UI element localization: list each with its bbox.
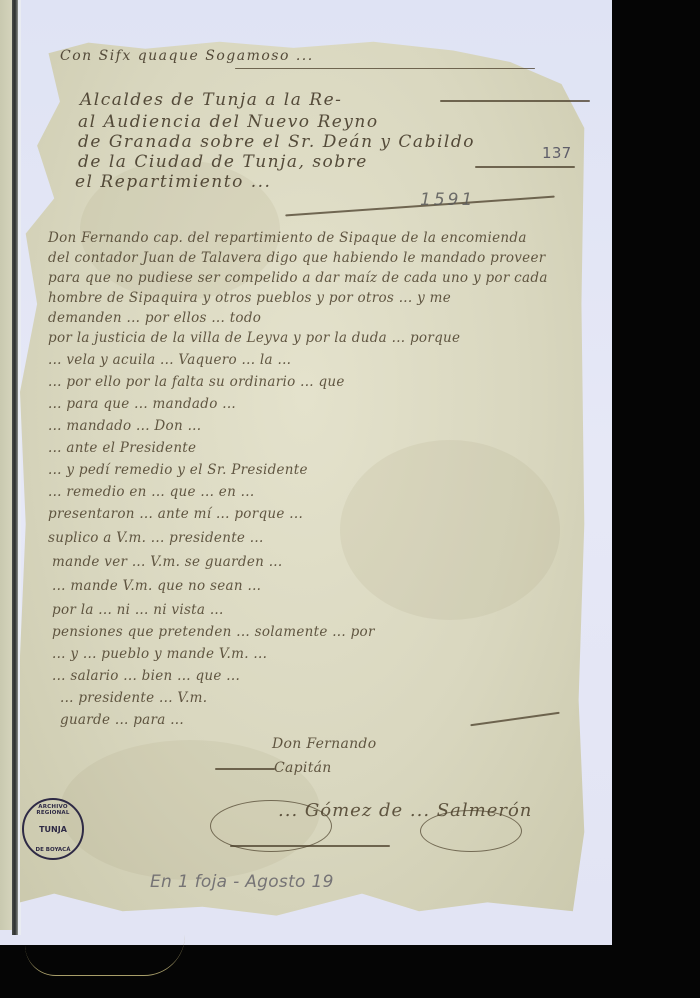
flourish-stroke [475,166,575,168]
body-line: ... mandado ... Don ... [48,418,201,434]
archive-stamp: ARCHIVO REGIONAL TUNJA DE BOYACÁ [22,798,84,860]
header-line: de la Ciudad de Tunja, sobre [78,152,368,172]
header-line: de Granada sobre el Sr. Deán y Cabildo [78,132,475,152]
body-line: ... vela y acuila ... Vaquero ... la ... [48,352,291,368]
body-line: ... ante el Presidente [48,440,196,456]
signature-flourish [420,810,522,852]
header-line: Con Sifx quaque Sogamoso ... [60,48,314,64]
header-line: el Repartimiento ... [75,172,271,192]
body-line: mande ver ... V.m. se guarden ... [52,554,283,570]
paper-stain [340,440,560,620]
stamp-top-text: ARCHIVO REGIONAL [24,804,82,816]
stamp-bottom-text: DE BOYACÁ [24,847,82,853]
stamp-center-text: TUNJA [39,825,67,834]
flourish-stroke [230,845,390,847]
body-line: ... por ello por la falta su ordinario .… [48,374,345,390]
body-line: Don Fernando cap. del repartimiento de S… [48,230,527,246]
year-annotation: 1591 [420,190,475,210]
body-line: ... presidente ... V.m. [60,690,207,706]
body-line: ... remedio en ... que ... en ... [48,484,254,500]
header-line: al Audiencia del Nuevo Reyno [78,112,379,132]
body-line: del contador Juan de Talavera digo que h… [48,250,546,266]
body-line: pensiones que pretenden ... solamente ..… [52,624,375,640]
body-line: presentaron ... ante mí ... porque ... [48,506,303,522]
signer-name: Don Fernando [272,736,376,752]
body-line: ... y ... pueblo y mande V.m. ... [52,646,267,662]
pencil-note: En 1 foja - Agosto 19 [150,872,334,892]
body-line: para que no pudiese ser compelido a dar … [48,270,548,286]
body-line: suplico a V.m. ... presidente ... [48,530,264,546]
body-line: demanden ... por ellos ... todo [48,310,261,326]
binding-thread [25,935,185,976]
body-line: ... mande V.m. que no sean ... [52,578,261,594]
body-line: por la ... ni ... ni vista ... [52,602,224,618]
body-line: guarde ... para ... [60,712,184,728]
body-line: ... y pedí remedio y el Sr. Presidente [48,462,308,478]
signer-title: Capitán [274,760,332,776]
underline-flourish [235,68,535,69]
header-line: Alcaldes de Tunja a la Re- [80,90,342,110]
flourish-stroke [440,100,590,102]
body-line: hombre de Sipaquira y otros pueblos y po… [48,290,451,306]
folio-number: 137 [542,144,572,162]
flourish-stroke [215,768,275,770]
body-line: ... salario ... bien ... que ... [52,668,240,684]
body-line: por la justicia de la villa de Leyva y p… [48,330,460,346]
body-line: ... para que ... mandado ... [48,396,236,412]
